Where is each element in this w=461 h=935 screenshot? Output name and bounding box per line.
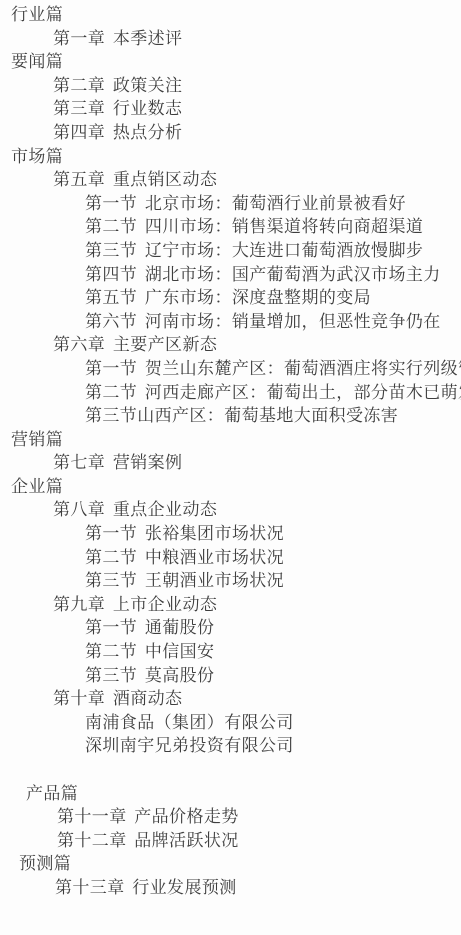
toc-line: 第十二章 品牌活跃状况 — [0, 829, 461, 853]
toc-line: 第二节 河西走廊产区：葡萄出土，部分苗木已萌发 — [0, 381, 461, 405]
toc-line: 第六节 河南市场：销量增加，但恶性竞争仍在 — [0, 310, 461, 334]
toc-line: 第一节 通葡股份 — [0, 616, 461, 640]
toc-line: 第一节 北京市场：葡萄酒行业前景被看好 — [0, 192, 461, 216]
toc-line: 第一节 贺兰山东麓产区：葡萄酒酒庄将实行列级管理 — [0, 357, 461, 381]
toc-line: 第四章 热点分析 — [0, 121, 461, 145]
toc-line: 第二章 政策关注 — [0, 74, 461, 98]
toc-blank-line — [0, 758, 461, 782]
toc-line: 第三节 王朝酒业市场状况 — [0, 569, 461, 593]
toc: 行业篇第一章 本季述评要闻篇第二章 政策关注第三章 行业数志第四章 热点分析市场… — [0, 3, 461, 900]
toc-line: 第三节山西产区：葡萄基地大面积受冻害 — [0, 404, 461, 428]
toc-line: 南浦食品（集团）有限公司 — [0, 711, 461, 735]
toc-line: 第五章 重点销区动态 — [0, 168, 461, 192]
toc-line: 第一节 张裕集团市场状况 — [0, 522, 461, 546]
toc-line: 要闻篇 — [0, 50, 461, 74]
toc-line: 第二节 中粮酒业市场状况 — [0, 546, 461, 570]
toc-line: 第四节 湖北市场：国产葡萄酒为武汉市场主力 — [0, 263, 461, 287]
toc-line: 第三章 行业数志 — [0, 97, 461, 121]
toc-line: 第九章 上市企业动态 — [0, 593, 461, 617]
toc-line: 第十章 酒商动态 — [0, 687, 461, 711]
toc-line: 市场篇 — [0, 145, 461, 169]
toc-line: 第八章 重点企业动态 — [0, 498, 461, 522]
document-page: 行业篇第一章 本季述评要闻篇第二章 政策关注第三章 行业数志第四章 热点分析市场… — [0, 0, 461, 935]
toc-line: 营销篇 — [0, 428, 461, 452]
toc-line: 第一章 本季述评 — [0, 27, 461, 51]
toc-line: 第二节 四川市场：销售渠道将转向商超渠道 — [0, 215, 461, 239]
toc-line: 第十三章 行业发展预测 — [0, 876, 461, 900]
toc-line: 第二节 中信国安 — [0, 640, 461, 664]
toc-line: 第六章 主要产区新态 — [0, 333, 461, 357]
toc-line: 第三节 辽宁市场：大连进口葡萄酒放慢脚步 — [0, 239, 461, 263]
toc-line: 预测篇 — [0, 852, 461, 876]
toc-line: 第三节 莫高股份 — [0, 664, 461, 688]
toc-line: 第五节 广东市场：深度盘整期的变局 — [0, 286, 461, 310]
toc-line: 第十一章 产品价格走势 — [0, 805, 461, 829]
toc-line: 第七章 营销案例 — [0, 451, 461, 475]
toc-line: 深圳南宇兄弟投资有限公司 — [0, 734, 461, 758]
toc-line: 产品篇 — [0, 782, 461, 806]
toc-line: 企业篇 — [0, 475, 461, 499]
toc-line: 行业篇 — [0, 3, 461, 27]
